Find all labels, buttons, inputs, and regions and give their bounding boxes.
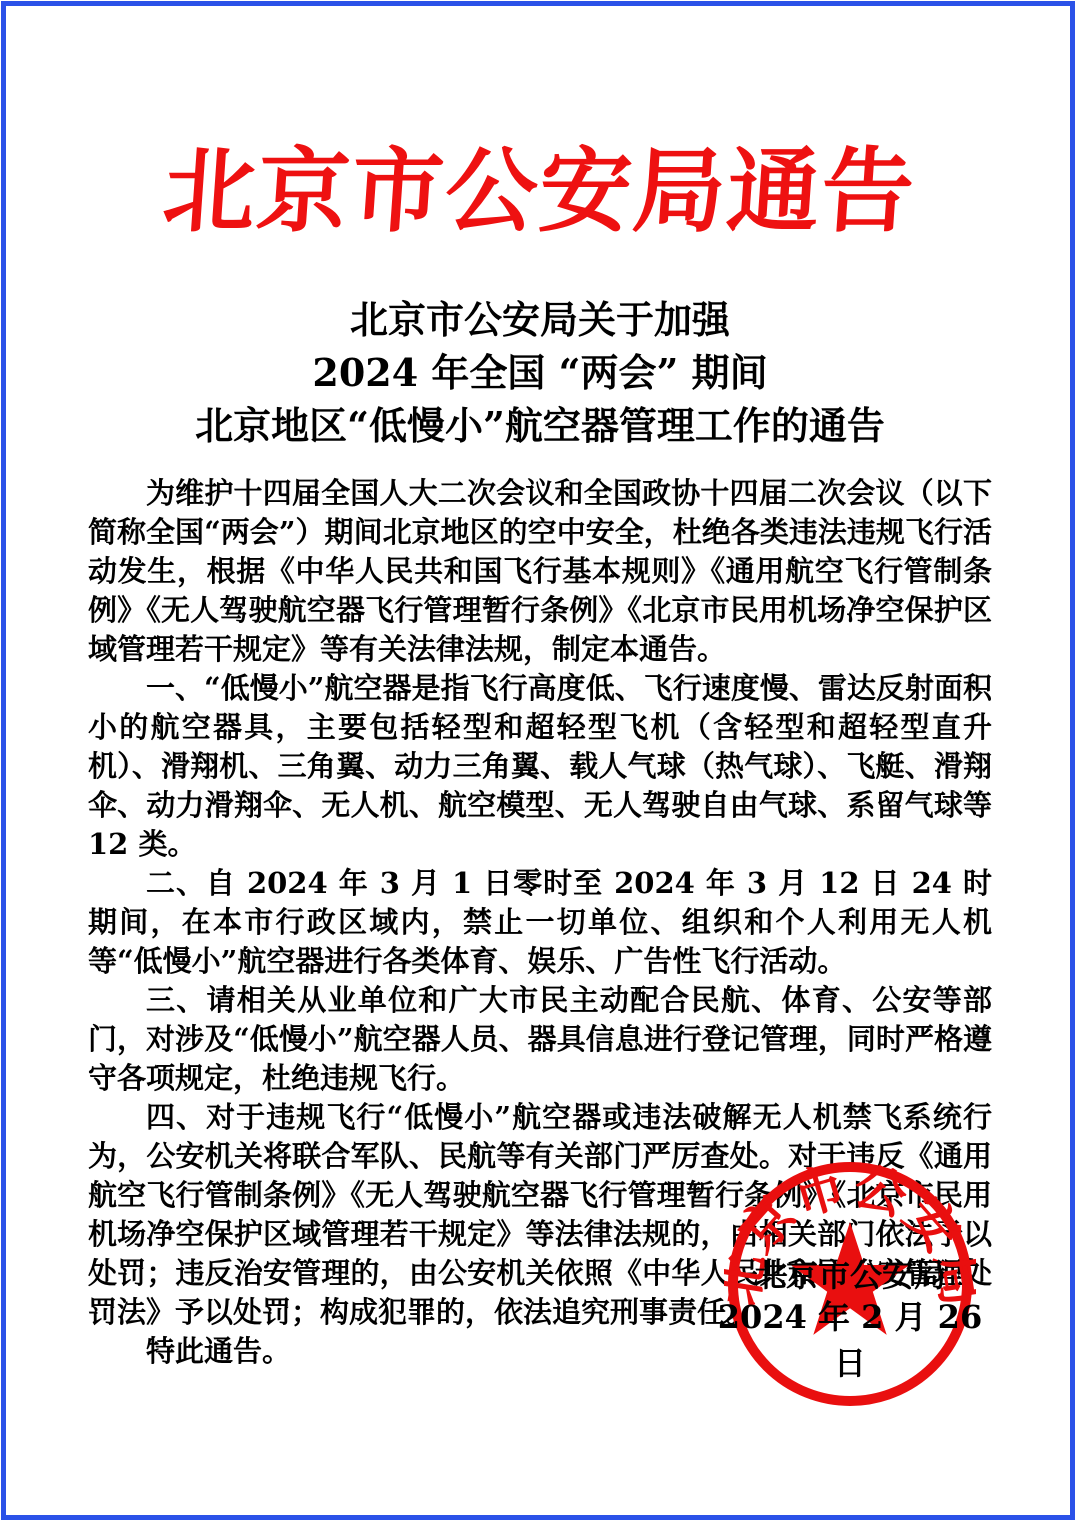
signature-date: 2024 年 2 月 26 日 xyxy=(700,1292,1000,1384)
notice-paragraph: 一、“低慢小”航空器是指飞行高度低、飞行速度慢、雷达反射面积小的航空器具，主要包… xyxy=(88,669,992,864)
subtitle-line-2: 2024 年全国 “两会” 期间 xyxy=(0,346,1080,399)
notice-paragraph: 二、自 2024 年 3 月 1 日零时至 2024 年 3 月 12 日 24… xyxy=(88,864,992,981)
subtitle-line-3: 北京地区“低慢小”航空器管理工作的通告 xyxy=(0,399,1080,452)
notice-paragraph: 为维护十四届全国人大二次会议和全国政协十四届二次会议（以下简称全国“两会”）期间… xyxy=(88,474,992,669)
notice-main-title: 北京市公安局通告 xyxy=(0,118,1080,250)
signature-org: 北京市公安局 xyxy=(700,1250,1000,1296)
notice-paragraph: 三、请相关从业单位和广大市民主动配合民航、体育、公安等部门，对涉及“低慢小”航空… xyxy=(88,981,992,1098)
notice-page: 北京市公安局通告 北京市公安局关于加强 2024 年全国 “两会” 期间 北京地… xyxy=(0,0,1080,1526)
notice-subtitle: 北京市公安局关于加强 2024 年全国 “两会” 期间 北京地区“低慢小”航空器… xyxy=(0,293,1080,452)
subtitle-line-1: 北京市公安局关于加强 xyxy=(0,293,1080,346)
